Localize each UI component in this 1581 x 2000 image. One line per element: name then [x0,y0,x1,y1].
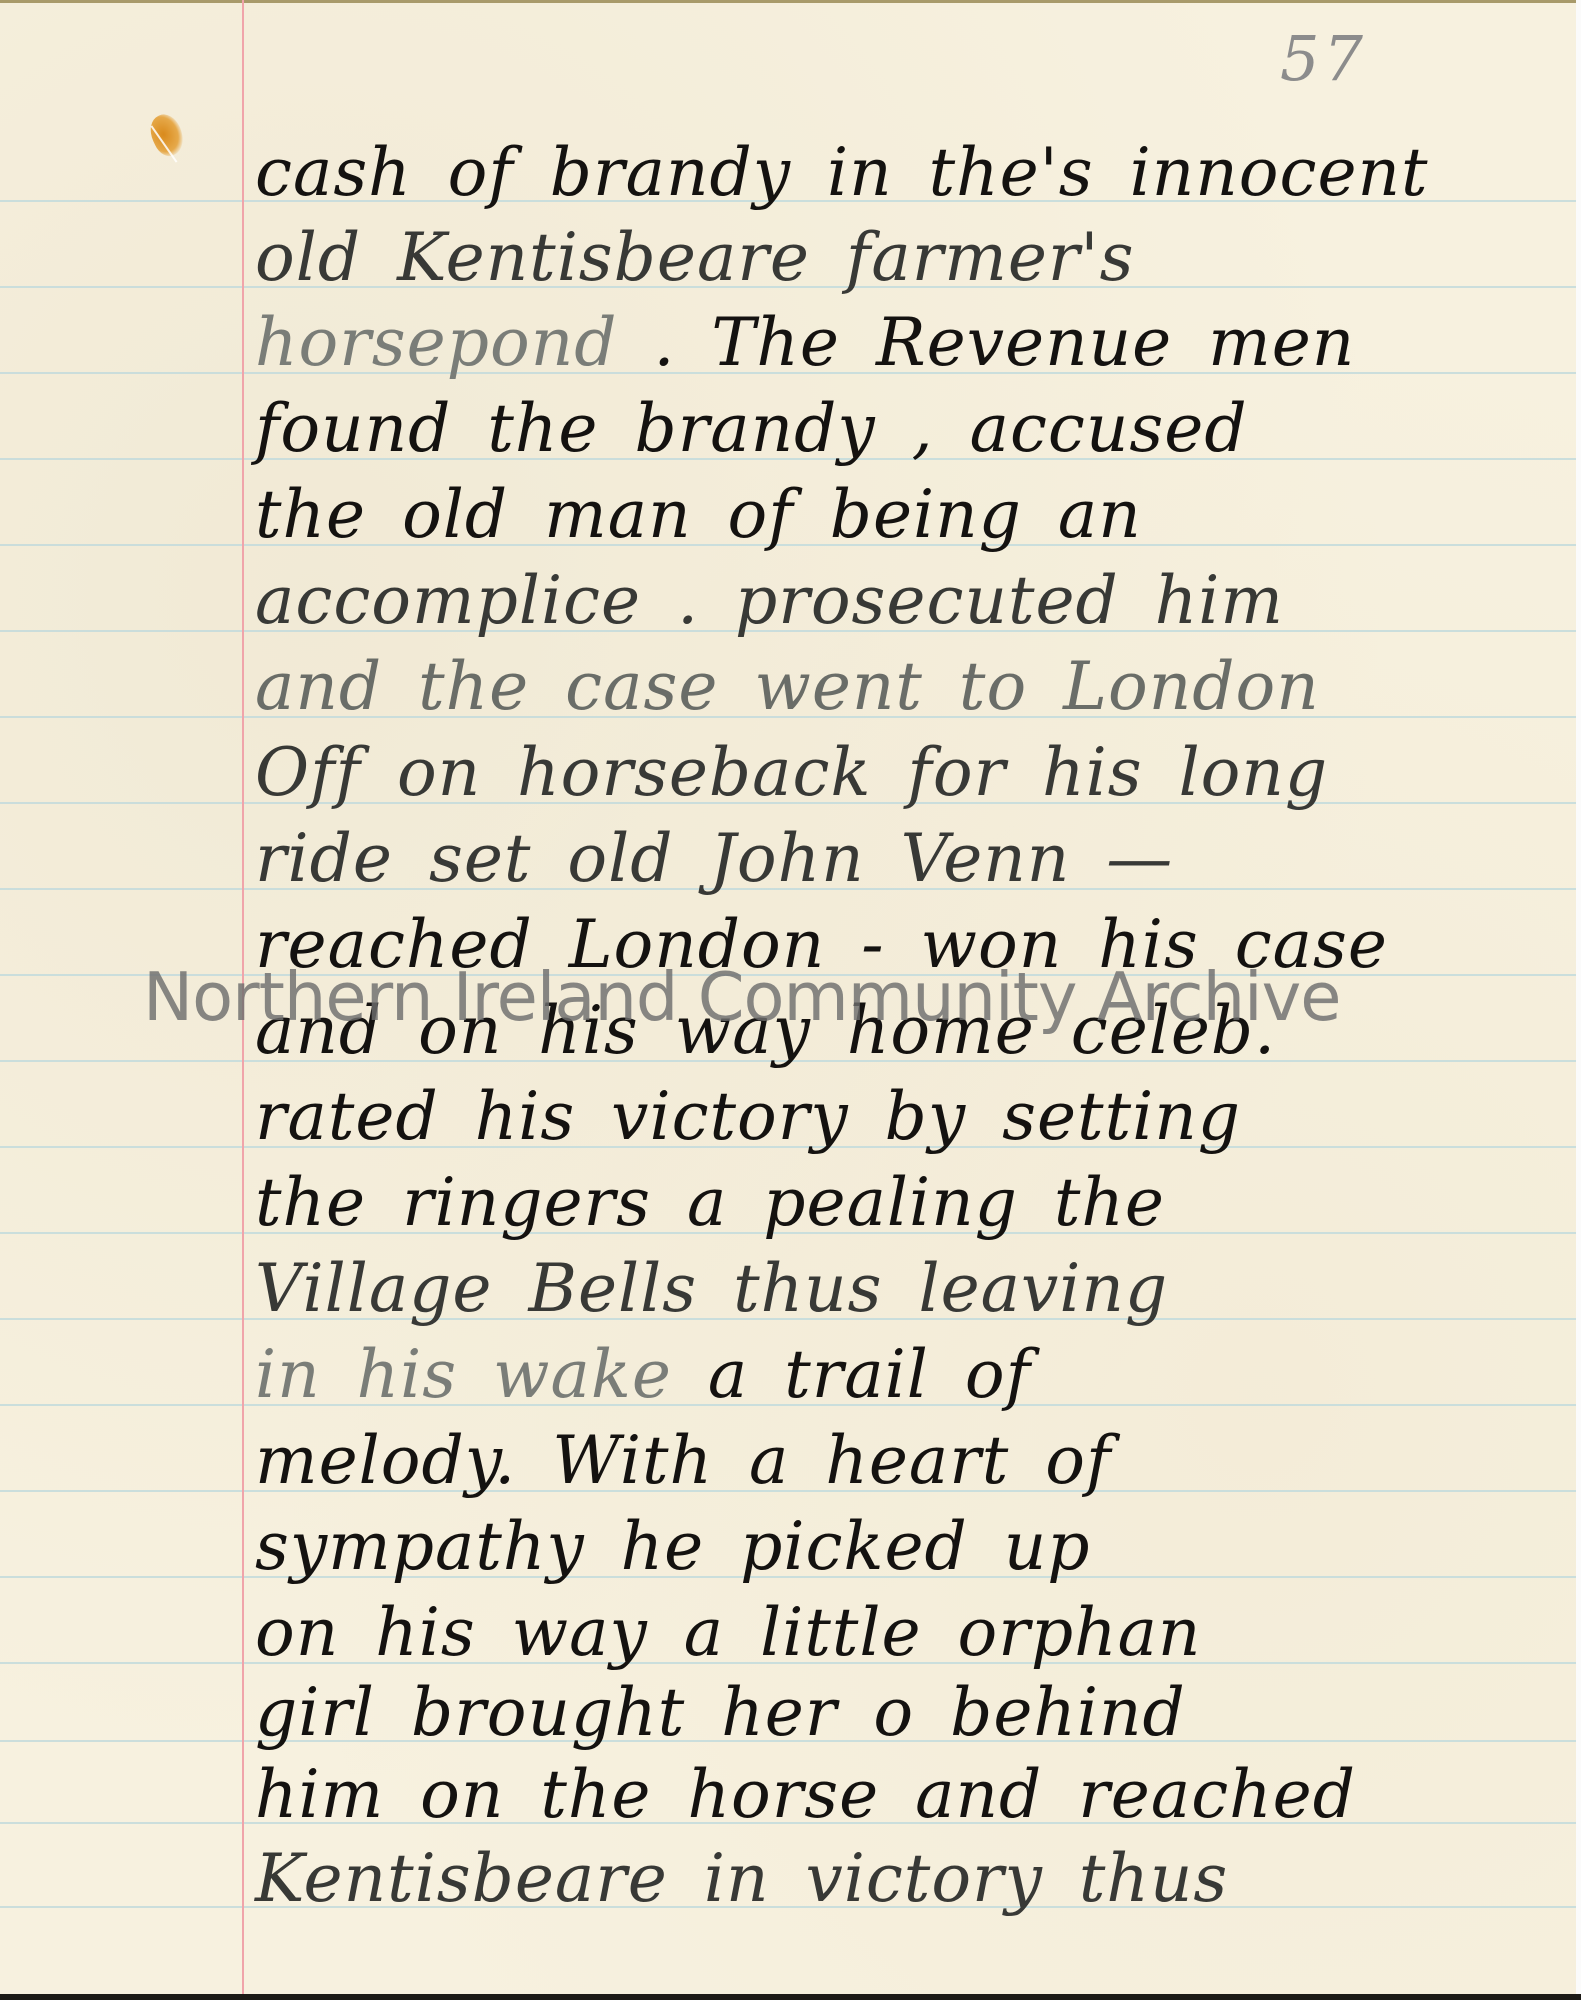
handwritten-line-14: Village Bells thus leaving [255,1256,1565,1322]
handwritten-segment-light: in his wake [255,1336,672,1413]
handwritten-line-2: old Kentisbeare farmer's [255,225,1565,291]
handwritten-line-8: Off on horseback for his long [255,740,1565,806]
archive-watermark: Northern Ireland Community Archive [143,958,1341,1036]
notebook-page: 57 cash of brandy in the's innocent old … [0,0,1576,1994]
handwritten-line-4: found the brandy , accused [255,396,1565,462]
handwritten-line-16: melody. With a heart of [255,1428,1565,1494]
handwritten-line-3: horsepond . The Revenue men [255,310,1565,376]
handwritten-line-7: and the case went to London [255,654,1565,720]
handwritten-line-6: accomplice . prosecuted him [255,568,1565,634]
handwritten-line-1: cash of brandy in the's innocent [255,140,1565,206]
handwritten-line-15: in his wake a trail of [255,1342,1565,1408]
handwritten-line-5: the old man of being an [255,482,1565,548]
handwritten-segment: . The Revenue men [617,304,1355,381]
handwritten-line-9: ride set old John Venn — [255,826,1565,892]
scan-edge-bottom [0,1994,1581,2000]
page-number: 57 [1280,22,1367,95]
scan-margin-right [1576,0,1581,2000]
handwritten-segment-light: horsepond [255,304,617,381]
handwritten-line-18: on his way a little orphan [255,1600,1565,1666]
handwritten-line-20: him on the horse and reached [255,1762,1565,1828]
handwritten-line-21: Kentisbeare in victory thus [255,1846,1565,1912]
handwritten-line-13: the ringers a pealing the [255,1170,1565,1236]
handwritten-line-19: girl brought her o behind [255,1680,1565,1746]
handwritten-line-17: sympathy he picked up [255,1514,1565,1580]
page-top-edge [0,0,1576,3]
ink-stain [145,110,190,161]
handwritten-line-12: rated his victory by setting [255,1084,1565,1150]
handwritten-segment: a trail of [672,1336,1031,1413]
